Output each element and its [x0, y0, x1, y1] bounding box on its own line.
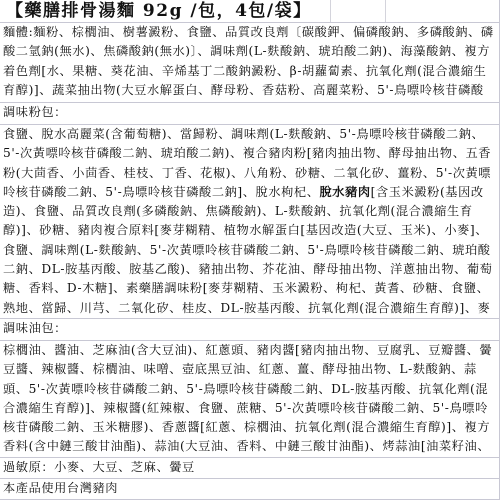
allergens-text: 過敏原：小麥、大豆、芝麻、黌豆: [3, 460, 195, 474]
seasoning-oil-heading: 調味油包：: [3, 321, 67, 335]
seasoning-powder-heading-cell[interactable]: 調味粉包：: [0, 103, 499, 125]
seasoning-powder-text-2: [含玉米澱粉(基因改造)、食鹽、品質改良劑(多磷酸鈉、焦磷酸鈉)、L-麩酸鈉、抗…: [3, 185, 493, 319]
origin-note-text: 本產品使用台灣豬肉: [3, 481, 118, 495]
empty-cell[interactable]: [331, 0, 386, 22]
origin-note-cell[interactable]: 本產品使用台灣豬肉: [0, 479, 499, 500]
seasoning-powder-heading: 調味粉包：: [3, 105, 67, 119]
title-row: 【藥膳排骨湯麵 92g /包，4包/袋】: [0, 0, 499, 23]
seasoning-powder-bold-text: 脫水豬肉: [320, 185, 371, 199]
product-title: 【藥膳排骨湯麵 92g /包，4包/袋】: [6, 0, 312, 22]
empty-cell[interactable]: [386, 0, 499, 22]
seasoning-powder-ingredients-cell[interactable]: 食鹽、脫水高麗菜(含葡萄糖)、當歸粉、調味劑(L-麩酸鈉、5'-鳥嘌呤核苷磷酸二…: [0, 125, 499, 319]
seasoning-oil-ingredients-cell[interactable]: 棕櫚油、醬油、芝麻油(含大豆油)、紅蔥頭、豬肉醬[豬肉抽出物、豆腐乳、豆瓣醬、黌…: [0, 341, 499, 458]
ingredients-sheet: 【藥膳排骨湯麵 92g /包，4包/袋】 麵體:麵粉、棕櫚油、樹薯澱粉、食鹽、品…: [0, 0, 500, 500]
noodle-ingredients-cell[interactable]: 麵體:麵粉、棕櫚油、樹薯澱粉、食鹽、品質改良劑〔碳酸鉀、偏磷酸鈉、多磷酸鈉、磷酸…: [0, 23, 499, 103]
seasoning-oil-heading-cell[interactable]: 調味油包：: [0, 319, 499, 341]
allergens-cell[interactable]: 過敏原：小麥、大豆、芝麻、黌豆: [0, 458, 499, 479]
noodle-ingredients-text: 麵體:麵粉、棕櫚油、樹薯澱粉、食鹽、品質改良劑〔碳酸鉀、偏磷酸鈉、多磷酸鈉、磷酸…: [3, 25, 494, 103]
seasoning-oil-text: 棕櫚油、醬油、芝麻油(含大豆油)、紅蔥頭、豬肉醬[豬肉抽出物、豆腐乳、豆瓣醬、黌…: [3, 343, 492, 458]
